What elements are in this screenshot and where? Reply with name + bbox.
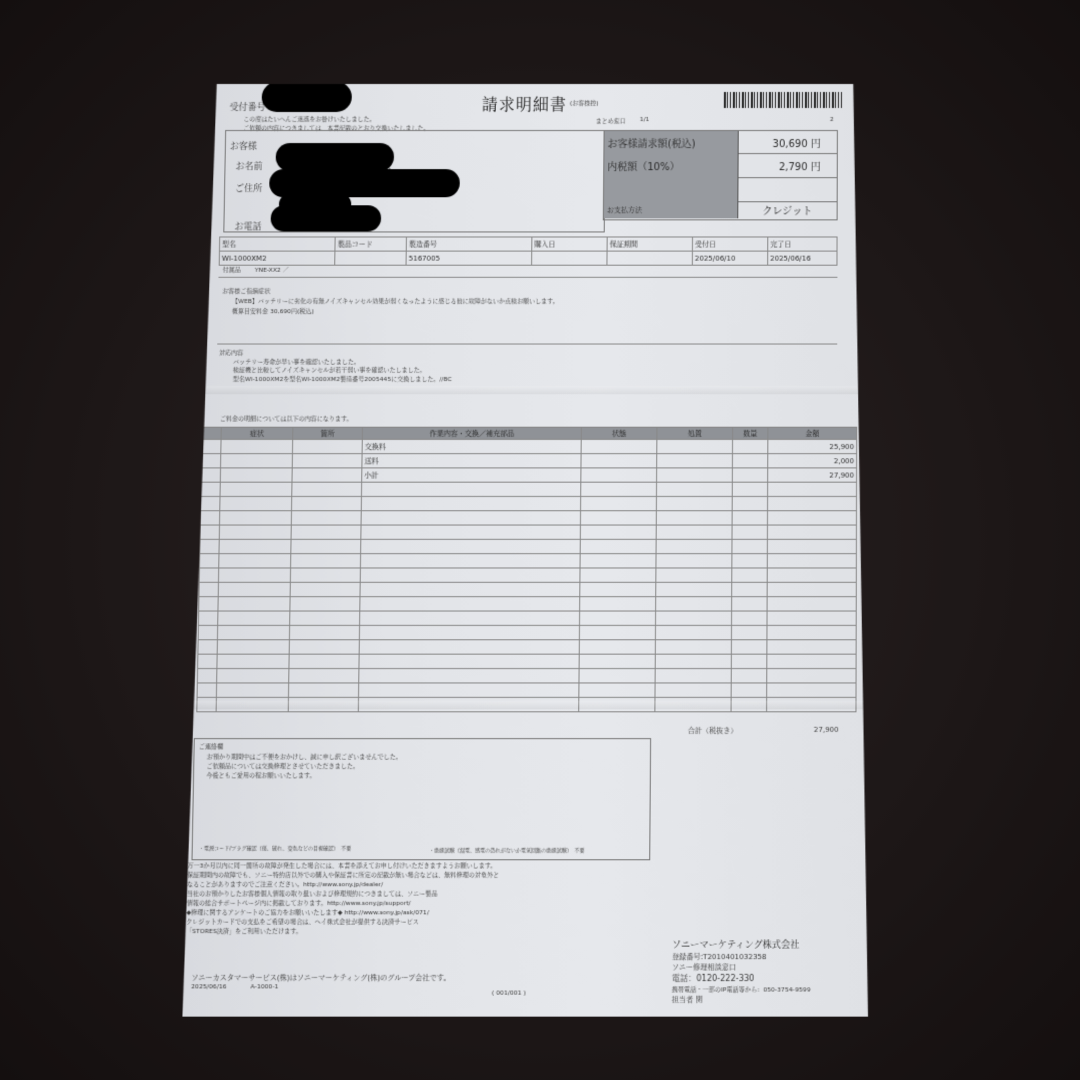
total-label: 合計（税抜き）: [688, 726, 738, 736]
privacy-line-1: 当社のお預かりしたお客様個人情報の取り扱いおよび修理規約につきましては、ソニー製…: [187, 888, 438, 897]
table-row-empty: [201, 482, 857, 496]
warranty-line-2: 保証期間内の故障でも、ソニー特約店以外での購入や保証書に所定の記載が無い場合など…: [187, 870, 499, 879]
notes-line-2: ご依頼品については交換修理とさせていただきました。: [206, 761, 359, 770]
reception-number-label: 受付番号: [229, 100, 265, 113]
product-header: 購入日: [532, 237, 607, 251]
invoice-paper: 受付番号 請求明細書 (お客様控) この度はたいへんご迷惑をお掛けいたしました。…: [182, 84, 870, 1017]
summary-row-tax: 内税額（10%） 2,790 円: [604, 153, 837, 178]
table-row-empty: [200, 525, 856, 539]
company-registration: 登録番号:T2010401032358: [672, 952, 767, 962]
summary-row-total: お客様請求額(税込) 30,690 円: [604, 131, 836, 154]
table-row-empty: [198, 611, 856, 625]
notes-check-2: ・絶縁試験（漏電、感電の恐れがないか電気回路の絶縁試験） 不要: [429, 847, 585, 854]
product-header: 製造番号: [406, 237, 532, 251]
table-row-empty: [198, 654, 856, 668]
table-row-empty: [199, 568, 856, 582]
response-label: 対応内容: [219, 348, 243, 357]
table-row-empty: [199, 582, 856, 596]
company-name: ソニーマーケティング株式会社: [672, 937, 799, 951]
form-code: A-1000-1: [250, 983, 278, 990]
paper-fold: [194, 386, 869, 394]
product-value: WI-1000XM2: [219, 251, 335, 265]
warranty-line-1: 万一3か月以内に同一箇所の故障が発生した場合には、本書を添えてお申し付けいただき…: [187, 860, 496, 869]
page-counter: ( 001/001 ): [492, 989, 526, 996]
charge-amount: 25,900: [768, 439, 857, 453]
summary-label: 内税額（10%）: [604, 153, 738, 177]
product-header: 完了日: [768, 237, 837, 251]
group-note: ソニーカスタマーサービス(株)はソニーマーケティング(株)のグループ会社です。: [191, 973, 450, 983]
table-row-empty: [198, 625, 856, 639]
product-value: [607, 251, 692, 265]
privacy-line-2: 情報の総合サポートページ内に掲載しております。http://www.sony.j…: [187, 898, 411, 907]
charges-intro: ご料金の明細については以下の内容になります。: [220, 413, 353, 422]
divider: [218, 277, 837, 278]
notes-line-1: お預かり期間中はご不便をおかけし、誠に申し訳ございませんでした。: [207, 752, 402, 761]
customer-address-label: ご住所: [235, 181, 262, 194]
product-header: 型名: [219, 237, 335, 251]
table-row: 小計 27,900: [201, 468, 856, 482]
document-title: 請求明細書: [482, 92, 567, 115]
divider: [217, 344, 837, 345]
charges-table: 症状 箇所 作業内容・交換／補充部品 状態 処置 数量 金額 交換料 25,90…: [196, 427, 857, 713]
copy-label: (お客様控): [570, 98, 599, 107]
response-line-2: 検証機と比較してノイズキャンセルが若干弱い事を確認いたしました。: [233, 365, 426, 374]
charges-header: 状態: [581, 427, 657, 439]
company-staff: 担当者 関: [672, 995, 703, 1005]
company-mobile: 携帯電話・一部のIP電話等から：050-3754-9599: [672, 984, 811, 993]
summary-label: お支払方法: [604, 201, 738, 218]
table-row-empty: [197, 683, 856, 697]
customer-box: お客様 お名前 様 ご住所 お電話: [223, 130, 605, 232]
charges-header: 金額: [768, 427, 857, 439]
product-value: 2025/06/16: [768, 251, 837, 265]
summary-row-blank: [604, 177, 837, 202]
summary-label: [604, 177, 738, 201]
customer-section-label: お客様: [230, 139, 257, 152]
customer-name-label: お名前: [235, 159, 262, 172]
charge-item: 小計: [362, 468, 581, 482]
charge-amount: 2,000: [768, 454, 857, 468]
product-value: 5167005: [406, 251, 532, 265]
charges-header: 処置: [657, 427, 733, 439]
table-row-empty: [200, 511, 856, 525]
summary-row-payment: お支払方法 クレジット: [604, 201, 837, 218]
footer-date: 2025/06/16: [191, 983, 227, 990]
billing-summary: お客様請求額(税込) 30,690 円 内税額（10%） 2,790 円 お支払…: [603, 130, 838, 220]
charges-header: 箇所: [293, 427, 363, 439]
charges-header: 数量: [733, 427, 768, 439]
product-header: 受付日: [692, 237, 767, 251]
symptom-line-1: 【WEB】バッテリーに劣化の有無ノイズキャンセル効果が弱くなったように感じる他に…: [232, 296, 559, 305]
credit-line-1: クレジットカードでの支払をご希望の場合は、ヘイ株式会社が提供する決済サービス: [186, 916, 419, 925]
response-line-3: 型名WI-1000XM2を型名WI-1000XM2製造番号2005445に交換し…: [233, 374, 452, 383]
symptom-line-2: 概算目安料金 30,690円(税込): [232, 306, 314, 315]
notes-check-1: ・電源コード/プラグ確認（傷、破れ、変色などの目視確認） 不要: [199, 845, 351, 852]
product-header: 製品コード: [335, 237, 406, 251]
accessories-label: 付属品: [223, 265, 241, 274]
product-value: [335, 251, 407, 265]
thanks-line-1: この度はたいへんご迷惑をお掛けいたしました。: [243, 114, 375, 123]
summary-value: クレジット: [738, 201, 836, 218]
page-fraction: 1/1: [640, 116, 650, 123]
table-row-empty: [199, 597, 857, 611]
notes-box: ご連絡欄 お預かり期間中はご不便をおかけし、誠に申し訳ございませんでした。 ご依…: [191, 738, 651, 860]
symptom-label: お客様ご指摘症状: [222, 286, 270, 295]
redaction-reception-number: [262, 82, 353, 112]
redaction-phone: [270, 205, 381, 231]
table-row-empty: [198, 640, 856, 654]
table-row-empty: [199, 554, 856, 568]
product-value: 2025/06/10: [692, 251, 767, 265]
table-row-empty: [200, 539, 857, 553]
total-value: 27,900: [814, 726, 839, 734]
copy-number: 2: [830, 116, 834, 123]
charge-item: 交換料: [362, 439, 581, 453]
company-phone: 電話：0120-222-330: [672, 973, 755, 984]
company-dept: ソニー修理相談窓口: [672, 962, 736, 972]
charge-item: 送料: [362, 454, 581, 468]
summary-label: お客様請求額(税込): [604, 131, 738, 153]
table-row: 送料 2,000: [201, 454, 856, 468]
credit-line-2: 「STORES決済」をご利用いただけます。: [186, 926, 302, 935]
product-header: 保証期間: [607, 237, 692, 251]
accessories-value: YNE-XX2 ／: [255, 265, 289, 274]
summary-value: 30,690 円: [739, 131, 837, 153]
charge-amount: 27,900: [768, 468, 857, 482]
table-row-empty: [197, 669, 856, 683]
redaction-name: [276, 143, 395, 171]
table-row-empty: [201, 496, 857, 510]
paper-fold: [188, 701, 868, 709]
table-row: 交換料 25,900: [202, 439, 857, 453]
summary-value: 2,790 円: [738, 153, 836, 177]
barcode: [724, 92, 842, 108]
customer-phone-label: お電話: [234, 219, 261, 232]
warranty-line-3: なることがありますのでご注意ください。http://www.sony.jp/de…: [187, 879, 383, 888]
notes-line-3: 今後ともご愛用の程お願いいたします。: [206, 770, 316, 779]
notes-label: ご連絡欄: [199, 741, 224, 750]
charges-header: 作業内容・交換／補充部品: [362, 427, 581, 439]
charges-header: 症状: [221, 427, 293, 439]
survey-line: ◆修理に関するアンケートのご協力をお願いいたします◆ http://www.so…: [186, 907, 429, 916]
product-table: 型名 製品コード 製造番号 購入日 保証期間 受付日 完了日 WI-1000XM…: [219, 236, 838, 265]
summary-window-label: まとめ窓口: [596, 116, 626, 125]
product-value: [532, 251, 607, 265]
summary-value: [738, 177, 836, 201]
